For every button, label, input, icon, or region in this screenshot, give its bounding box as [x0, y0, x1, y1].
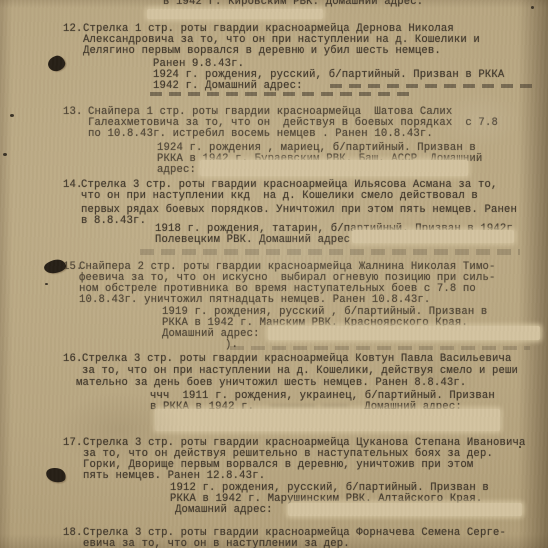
dash-redaction — [150, 92, 412, 96]
dash-redaction — [330, 84, 538, 88]
entry-number: 13. — [63, 107, 83, 118]
entry-12: 12. Стрелка 1 стр. роты гвардии красноар… — [0, 24, 548, 92]
document-page: в 1942 г. Кировским РВК. Домашний адрес:… — [0, 0, 548, 548]
entry-number: 17. — [63, 438, 83, 449]
entry-line: евича за то, что он в наступлении за дер… — [83, 539, 548, 548]
paper-speck — [45, 283, 48, 285]
entry-number: 12. — [63, 24, 83, 35]
entry-number: 16. — [63, 354, 83, 365]
entry-16: 16. Стрелка 3 стр. роты гвардии красноар… — [0, 354, 548, 413]
redaction-box — [200, 160, 468, 176]
paper-speck — [3, 153, 7, 156]
entry-18: 18. Стрелка 3 стр. роты гвардии красноар… — [0, 528, 548, 548]
entry-line: 10.8.43г. уничтожил пятнадцать немцев. Р… — [79, 295, 548, 306]
entry-line: пять немцев. Ранен 12.8.43г. — [83, 471, 548, 482]
entry-line: Стрелка 3 стр. роты гвардии красноармейц… — [82, 354, 548, 365]
redaction-box — [352, 230, 514, 243]
redaction-box — [147, 9, 323, 19]
entry-line: за то, что он при наступлении на д. Коше… — [82, 366, 548, 377]
redaction-box — [268, 326, 540, 340]
entry-number: 18. — [63, 528, 83, 539]
dash-redaction — [230, 346, 530, 350]
entry-line: мательно за день боев уничтожил шесть не… — [76, 378, 548, 389]
entry-line: по 10.8.43г. истребил восемь немцев . Ра… — [88, 129, 548, 140]
redaction-box — [155, 409, 500, 431]
entry-line: что он при наступлении ккд на д. Кошелик… — [81, 191, 548, 202]
entry-line: первых рядах боевых порядков. Уничтожил … — [81, 205, 548, 216]
dash-redaction — [140, 249, 520, 255]
top-fragment-line: в 1942 г. Кировским РВК. Домашний адрес: — [163, 0, 423, 8]
paper-speck — [10, 114, 14, 117]
entry-line: Делягино первым ворвался в деревню и уби… — [83, 46, 548, 57]
paper-speck — [531, 6, 534, 9]
entry-number: 14. — [63, 180, 83, 191]
paper-speck — [519, 446, 521, 448]
redaction-box — [288, 503, 522, 516]
